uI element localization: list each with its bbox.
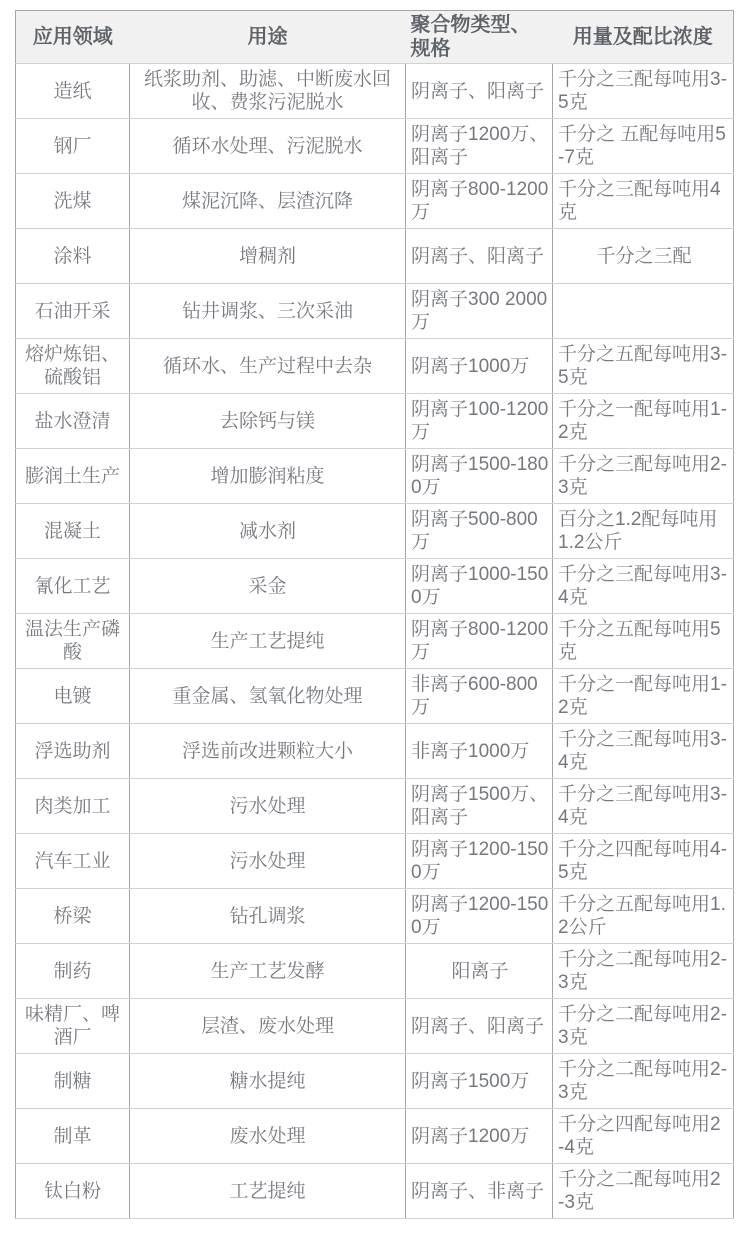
cell: 阴离子、非离子 — [406, 1164, 553, 1219]
cell: 污水处理 — [130, 779, 406, 834]
cell: 制药 — [16, 944, 130, 999]
table-row: 电镀重金属、氢氧化物处理非离子600-800万千分之一配每吨用1-2克 — [16, 669, 734, 724]
cell: 工艺提纯 — [130, 1164, 406, 1219]
cell: 千分之五配每吨用1.2公斤 — [553, 889, 734, 944]
cell: 桥梁 — [16, 889, 130, 944]
cell: 造纸 — [16, 64, 130, 119]
table-row: 熔炉炼铝、硫酸铝循环水、生产过程中去杂阴离子1000万千分之五配每吨用3-5克 — [16, 339, 734, 394]
cell: 非离子600-800万 — [406, 669, 553, 724]
cell: 生产工艺发酵 — [130, 944, 406, 999]
cell: 千分之三配每吨用2-3克 — [553, 449, 734, 504]
cell: 层渣、废水处理 — [130, 999, 406, 1054]
column-header: 应用领域 — [16, 11, 130, 64]
cell: 千分之四配每吨用4-5克 — [553, 834, 734, 889]
cell: 千分之五配每吨用3-5克 — [553, 339, 734, 394]
cell: 氰化工艺 — [16, 559, 130, 614]
table-header: 应用领域用途聚合物类型、规格用量及配比浓度 — [16, 11, 734, 64]
cell: 循环水处理、污泥脱水 — [130, 119, 406, 174]
cell: 煤泥沉降、层渣沉降 — [130, 174, 406, 229]
cell: 阴离子800-1200万 — [406, 174, 553, 229]
cell: 阴离子1000-1500万 — [406, 559, 553, 614]
cell: 增加膨润粘度 — [130, 449, 406, 504]
cell: 污水处理 — [130, 834, 406, 889]
table-row: 钢厂循环水处理、污泥脱水阴离子1200万、阳离子千分之 五配每吨用5-7克 — [16, 119, 734, 174]
cell: 阴离子1200-1500万 — [406, 834, 553, 889]
cell: 钛白粉 — [16, 1164, 130, 1219]
cell: 千分之二配每吨用2-3克 — [553, 999, 734, 1054]
cell: 糖水提纯 — [130, 1054, 406, 1109]
application-table-container: 应用领域用途聚合物类型、规格用量及配比浓度 造纸纸浆助剂、助滤、中断废水回收、费… — [15, 10, 733, 1219]
application-table: 应用领域用途聚合物类型、规格用量及配比浓度 造纸纸浆助剂、助滤、中断废水回收、费… — [15, 10, 734, 1219]
cell: 阴离子1500万、阳离子 — [406, 779, 553, 834]
table-row: 桥梁钻孔调浆阴离子1200-1500万千分之五配每吨用1.2公斤 — [16, 889, 734, 944]
cell: 阴离子300 2000万 — [406, 284, 553, 339]
cell: 钢厂 — [16, 119, 130, 174]
cell: 阴离子1200万 — [406, 1109, 553, 1164]
cell: 汽车工业 — [16, 834, 130, 889]
cell: 阴离子1500-1800万 — [406, 449, 553, 504]
table-row: 制药生产工艺发酵阳离子千分之二配每吨用2-3克 — [16, 944, 734, 999]
cell: 肉类加工 — [16, 779, 130, 834]
cell: 味精厂、啤酒厂 — [16, 999, 130, 1054]
cell: 千分之二配每吨用2-3克 — [553, 1054, 734, 1109]
cell: 电镀 — [16, 669, 130, 724]
cell: 浮选助剂 — [16, 724, 130, 779]
table-row: 盐水澄清去除钙与镁阴离子100-1200万千分之一配每吨用1-2克 — [16, 394, 734, 449]
cell: 增稠剂 — [130, 229, 406, 284]
table-row: 造纸纸浆助剂、助滤、中断废水回收、费浆污泥脱水阴离子、阳离子千分之三配每吨用3-… — [16, 64, 734, 119]
cell: 千分之三配每吨用4克 — [553, 174, 734, 229]
cell: 生产工艺提纯 — [130, 614, 406, 669]
cell: 非离子1000万 — [406, 724, 553, 779]
header-row: 应用领域用途聚合物类型、规格用量及配比浓度 — [16, 11, 734, 64]
cell: 石油开采 — [16, 284, 130, 339]
cell: 采金 — [130, 559, 406, 614]
cell: 阴离子500-800万 — [406, 504, 553, 559]
cell: 循环水、生产过程中去杂 — [130, 339, 406, 394]
cell: 阴离子1000万 — [406, 339, 553, 394]
cell: 熔炉炼铝、硫酸铝 — [16, 339, 130, 394]
cell: 纸浆助剂、助滤、中断废水回收、费浆污泥脱水 — [130, 64, 406, 119]
cell: 钻孔调浆 — [130, 889, 406, 944]
cell: 膨润土生产 — [16, 449, 130, 504]
cell: 千分之一配每吨用1-2克 — [553, 669, 734, 724]
table-row: 制革废水处理阴离子1200万千分之四配每吨用2 -4克 — [16, 1109, 734, 1164]
cell: 千分之 五配每吨用5-7克 — [553, 119, 734, 174]
cell: 减水剂 — [130, 504, 406, 559]
cell: 浮选前改进颗粒大小 — [130, 724, 406, 779]
cell — [553, 284, 734, 339]
cell: 千分之二配每吨用2 -3克 — [553, 1164, 734, 1219]
cell: 钻井调浆、三次采油 — [130, 284, 406, 339]
cell: 千分之三配 — [553, 229, 734, 284]
cell: 千分之三配每吨用3-4克 — [553, 779, 734, 834]
table-row: 膨润土生产增加膨润粘度阴离子1500-1800万千分之三配每吨用2-3克 — [16, 449, 734, 504]
cell: 洗煤 — [16, 174, 130, 229]
cell: 阴离子1200万、阳离子 — [406, 119, 553, 174]
cell: 混凝土 — [16, 504, 130, 559]
cell: 制革 — [16, 1109, 130, 1164]
cell: 阴离子100-1200万 — [406, 394, 553, 449]
cell: 阴离子、阳离子 — [406, 229, 553, 284]
cell: 阴离子1500万 — [406, 1054, 553, 1109]
cell: 千分之二配每吨用2-3克 — [553, 944, 734, 999]
table-row: 氰化工艺采金阴离子1000-1500万千分之三配每吨用3-4克 — [16, 559, 734, 614]
table-row: 涂料增稠剂阴离子、阳离子千分之三配 — [16, 229, 734, 284]
table-row: 温法生产磷酸生产工艺提纯阴离子800-1200万千分之五配每吨用5克 — [16, 614, 734, 669]
table-row: 味精厂、啤酒厂层渣、废水处理阴离子、阳离子千分之二配每吨用2-3克 — [16, 999, 734, 1054]
cell: 盐水澄清 — [16, 394, 130, 449]
cell: 阴离子1200-1500万 — [406, 889, 553, 944]
cell: 重金属、氢氧化物处理 — [130, 669, 406, 724]
cell: 千分之三配每吨用3-4克 — [553, 559, 734, 614]
cell: 阴离子800-1200万 — [406, 614, 553, 669]
column-header: 用途 — [130, 11, 406, 64]
cell: 阴离子、阳离子 — [406, 64, 553, 119]
cell: 阳离子 — [406, 944, 553, 999]
table-row: 肉类加工污水处理阴离子1500万、阳离子千分之三配每吨用3-4克 — [16, 779, 734, 834]
table-row: 浮选助剂浮选前改进颗粒大小非离子1000万千分之三配每吨用3-4克 — [16, 724, 734, 779]
cell: 千分之一配每吨用1-2克 — [553, 394, 734, 449]
cell: 千分之三配每吨用3-4克 — [553, 724, 734, 779]
cell: 涂料 — [16, 229, 130, 284]
table-row: 混凝土减水剂阴离子500-800万百分之1.2配每吨用1.2公斤 — [16, 504, 734, 559]
cell: 百分之1.2配每吨用1.2公斤 — [553, 504, 734, 559]
column-header: 聚合物类型、规格 — [406, 11, 553, 64]
table-row: 石油开采钻井调浆、三次采油阴离子300 2000万 — [16, 284, 734, 339]
cell: 温法生产磷酸 — [16, 614, 130, 669]
cell: 千分之三配每吨用3-5克 — [553, 64, 734, 119]
cell: 制糖 — [16, 1054, 130, 1109]
cell: 去除钙与镁 — [130, 394, 406, 449]
table-row: 钛白粉工艺提纯阴离子、非离子千分之二配每吨用2 -3克 — [16, 1164, 734, 1219]
column-header: 用量及配比浓度 — [553, 11, 734, 64]
cell: 阴离子、阳离子 — [406, 999, 553, 1054]
table-body: 造纸纸浆助剂、助滤、中断废水回收、费浆污泥脱水阴离子、阳离子千分之三配每吨用3-… — [16, 64, 734, 1219]
table-row: 制糖糖水提纯阴离子1500万千分之二配每吨用2-3克 — [16, 1054, 734, 1109]
cell: 废水处理 — [130, 1109, 406, 1164]
cell: 千分之五配每吨用5克 — [553, 614, 734, 669]
table-row: 汽车工业污水处理阴离子1200-1500万千分之四配每吨用4-5克 — [16, 834, 734, 889]
cell: 千分之四配每吨用2 -4克 — [553, 1109, 734, 1164]
table-row: 洗煤煤泥沉降、层渣沉降阴离子800-1200万千分之三配每吨用4克 — [16, 174, 734, 229]
